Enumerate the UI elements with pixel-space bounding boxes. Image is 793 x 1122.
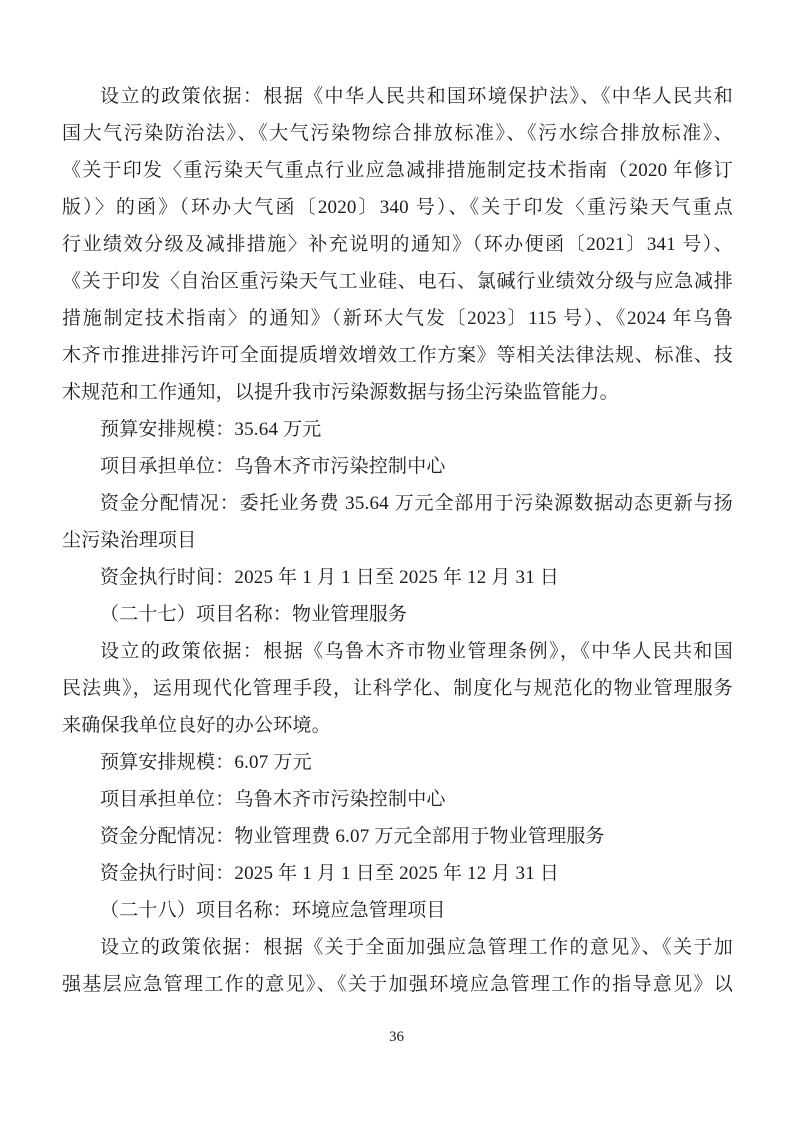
text-line: 设立的政策依据：根据《乌鲁木齐市物业管理条例》，《中华人民共和国	[62, 633, 733, 670]
text-line: 《关于印发〈重污染天气重点行业应急减排措施制定技术指南（2020 年修订	[62, 152, 733, 189]
text-line: 版）〉的函》（环办大气函〔2020〕340 号）、《关于印发〈重污染天气重点	[62, 189, 733, 226]
text-line: （二十七）项目名称：物业管理服务	[62, 596, 733, 633]
text-line: 资金分配情况：物业管理费 6.07 万元全部用于物业管理服务	[62, 818, 733, 855]
text-line: 项目承担单位：乌鲁木齐市污染控制中心	[62, 448, 733, 485]
text-line: 《关于印发〈自治区重污染天气工业硅、电石、氯碱行业绩效分级与应急减排	[62, 263, 733, 300]
text-line: 尘污染治理项目	[62, 522, 733, 559]
text-line: 资金分配情况：委托业务费 35.64 万元全部用于污染源数据动态更新与扬	[62, 485, 733, 522]
text-line: 设立的政策依据：根据《关于全面加强应急管理工作的意见》、《关于加	[62, 929, 733, 966]
text-line: 项目承担单位：乌鲁木齐市污染控制中心	[62, 781, 733, 818]
text-line: 国大气污染防治法》、《大气污染物综合排放标准》、《污水综合排放标准》、	[62, 115, 733, 152]
text-line: 措施制定技术指南〉的通知》（新环大气发〔2023〕115 号）、《2024 年乌…	[62, 300, 733, 337]
text-line: 木齐市推进排污许可全面提质增效增效工作方案》等相关法律法规、标准、技	[62, 337, 733, 374]
text-line: 预算安排规模：6.07 万元	[62, 744, 733, 781]
text-line: 强基层应急管理工作的意见》、《关于加强环境应急管理工作的指导意见》以	[62, 966, 733, 1003]
body-text: 设立的政策依据：根据《中华人民共和国环境保护法》、《中华人民共和国大气污染防治法…	[62, 78, 733, 1003]
text-line: 预算安排规模：35.64 万元	[62, 411, 733, 448]
document-page: 设立的政策依据：根据《中华人民共和国环境保护法》、《中华人民共和国大气污染防治法…	[0, 0, 793, 1122]
text-line: （二十八）项目名称：环境应急管理项目	[62, 892, 733, 929]
text-line: 设立的政策依据：根据《中华人民共和国环境保护法》、《中华人民共和	[62, 78, 733, 115]
text-line: 资金执行时间：2025 年 1 月 1 日至 2025 年 12 月 31 日	[62, 855, 733, 892]
text-line: 民法典》，运用现代化管理手段，让科学化、制度化与规范化的物业管理服务	[62, 670, 733, 707]
text-line: 行业绩效分级及减排措施〉补充说明的通知》（环办便函〔2021〕341 号）、	[62, 226, 733, 263]
text-line: 术规范和工作通知，以提升我市污染源数据与扬尘污染监管能力。	[62, 374, 733, 411]
page-number: 36	[0, 1023, 793, 1051]
text-line: 来确保我单位良好的办公环境。	[62, 707, 733, 744]
text-line: 资金执行时间：2025 年 1 月 1 日至 2025 年 12 月 31 日	[62, 559, 733, 596]
